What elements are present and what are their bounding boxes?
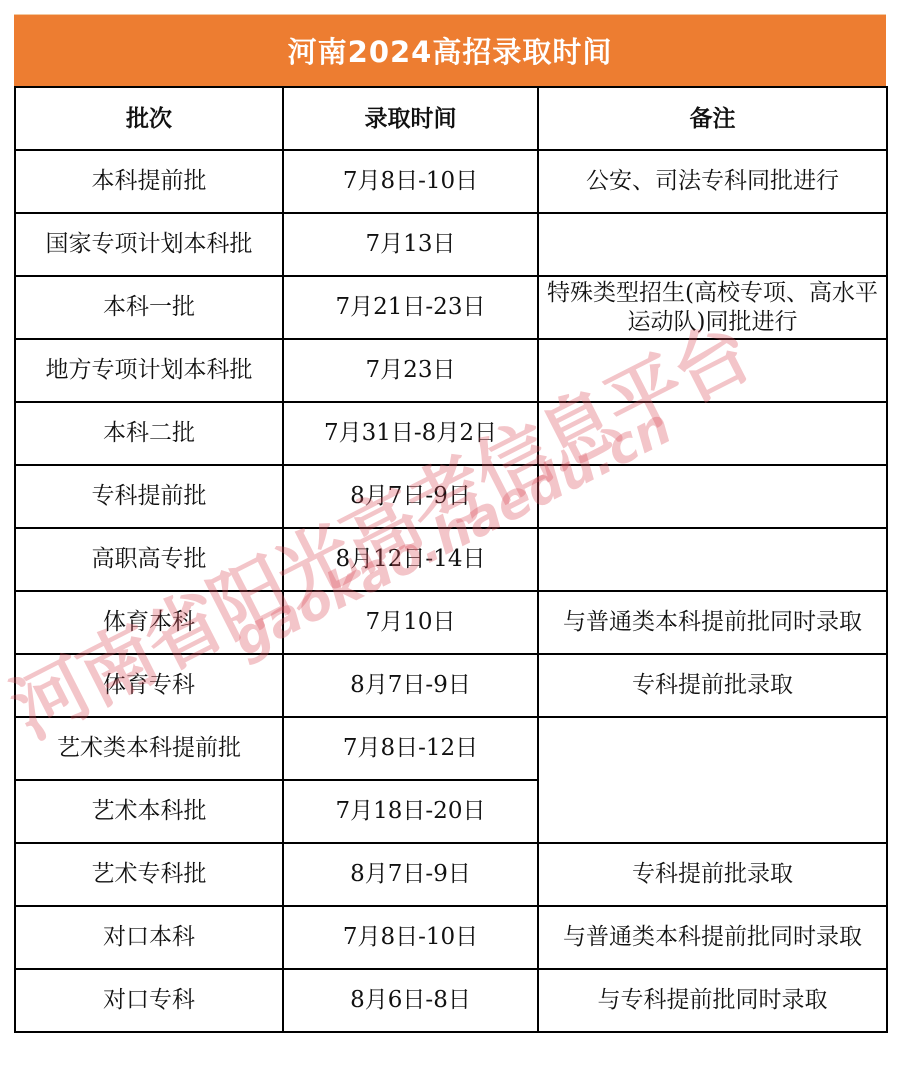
note-cell: 专科提前批录取 xyxy=(538,654,887,717)
batch-cell: 艺术类本科提前批 xyxy=(15,717,283,780)
time-cell: 8月6日-8日 xyxy=(283,969,538,1032)
table-row: 本科一批 7月21日-23日 特殊类型招生(高校专项、高水平运动队)同批进行 xyxy=(15,276,887,339)
schedule-table: 批次 录取时间 备注 本科提前批 7月8日-10日 公安、司法专科同批进行 国家… xyxy=(14,86,888,1033)
batch-cell: 艺术本科批 xyxy=(15,780,283,843)
batch-cell: 对口专科 xyxy=(15,969,283,1032)
note-cell: 专科提前批录取 xyxy=(538,843,887,906)
note-cell: 与专科提前批同时录取 xyxy=(538,969,887,1032)
note-cell-merged xyxy=(538,717,887,843)
table-row: 体育本科 7月10日 与普通类本科提前批同时录取 xyxy=(15,591,887,654)
batch-cell: 艺术专科批 xyxy=(15,843,283,906)
time-cell: 8月7日-9日 xyxy=(283,465,538,528)
note-cell xyxy=(538,465,887,528)
time-cell: 8月12日-14日 xyxy=(283,528,538,591)
column-header-time: 录取时间 xyxy=(283,87,538,150)
batch-cell: 专科提前批 xyxy=(15,465,283,528)
time-cell: 7月10日 xyxy=(283,591,538,654)
batch-cell: 对口本科 xyxy=(15,906,283,969)
batch-cell: 本科一批 xyxy=(15,276,283,339)
page-title: 河南2024高招录取时间 xyxy=(14,14,886,86)
table-row: 本科二批 7月31日-8月2日 xyxy=(15,402,887,465)
time-cell: 7月8日-10日 xyxy=(283,906,538,969)
note-cell: 特殊类型招生(高校专项、高水平运动队)同批进行 xyxy=(538,276,887,339)
table-row: 艺术专科批 8月7日-9日 专科提前批录取 xyxy=(15,843,887,906)
note-cell xyxy=(538,339,887,402)
admission-schedule: 河南2024高招录取时间 批次 录取时间 备注 本科提前批 7月8日-10日 公… xyxy=(14,14,886,1033)
time-cell: 7月31日-8月2日 xyxy=(283,402,538,465)
batch-cell: 地方专项计划本科批 xyxy=(15,339,283,402)
time-cell: 7月8日-10日 xyxy=(283,150,538,213)
time-cell: 7月13日 xyxy=(283,213,538,276)
table-row: 地方专项计划本科批 7月23日 xyxy=(15,339,887,402)
time-cell: 7月18日-20日 xyxy=(283,780,538,843)
time-cell: 8月7日-9日 xyxy=(283,654,538,717)
table-row: 对口本科 7月8日-10日 与普通类本科提前批同时录取 xyxy=(15,906,887,969)
time-cell: 7月8日-12日 xyxy=(283,717,538,780)
note-cell xyxy=(538,213,887,276)
batch-cell: 高职高专批 xyxy=(15,528,283,591)
table-row: 高职高专批 8月12日-14日 xyxy=(15,528,887,591)
note-cell: 公安、司法专科同批进行 xyxy=(538,150,887,213)
batch-cell: 国家专项计划本科批 xyxy=(15,213,283,276)
batch-cell: 体育本科 xyxy=(15,591,283,654)
table-row: 体育专科 8月7日-9日 专科提前批录取 xyxy=(15,654,887,717)
table-row: 艺术类本科提前批 7月8日-12日 xyxy=(15,717,887,780)
note-cell xyxy=(538,528,887,591)
table-row: 国家专项计划本科批 7月13日 xyxy=(15,213,887,276)
note-cell: 与普通类本科提前批同时录取 xyxy=(538,591,887,654)
batch-cell: 本科提前批 xyxy=(15,150,283,213)
time-cell: 7月21日-23日 xyxy=(283,276,538,339)
column-header-batch: 批次 xyxy=(15,87,283,150)
batch-cell: 体育专科 xyxy=(15,654,283,717)
note-cell: 与普通类本科提前批同时录取 xyxy=(538,906,887,969)
time-cell: 7月23日 xyxy=(283,339,538,402)
column-header-note: 备注 xyxy=(538,87,887,150)
batch-cell: 本科二批 xyxy=(15,402,283,465)
table-row: 专科提前批 8月7日-9日 xyxy=(15,465,887,528)
table-row: 本科提前批 7月8日-10日 公安、司法专科同批进行 xyxy=(15,150,887,213)
note-cell xyxy=(538,402,887,465)
table-row: 对口专科 8月6日-8日 与专科提前批同时录取 xyxy=(15,969,887,1032)
table-header-row: 批次 录取时间 备注 xyxy=(15,87,887,150)
time-cell: 8月7日-9日 xyxy=(283,843,538,906)
